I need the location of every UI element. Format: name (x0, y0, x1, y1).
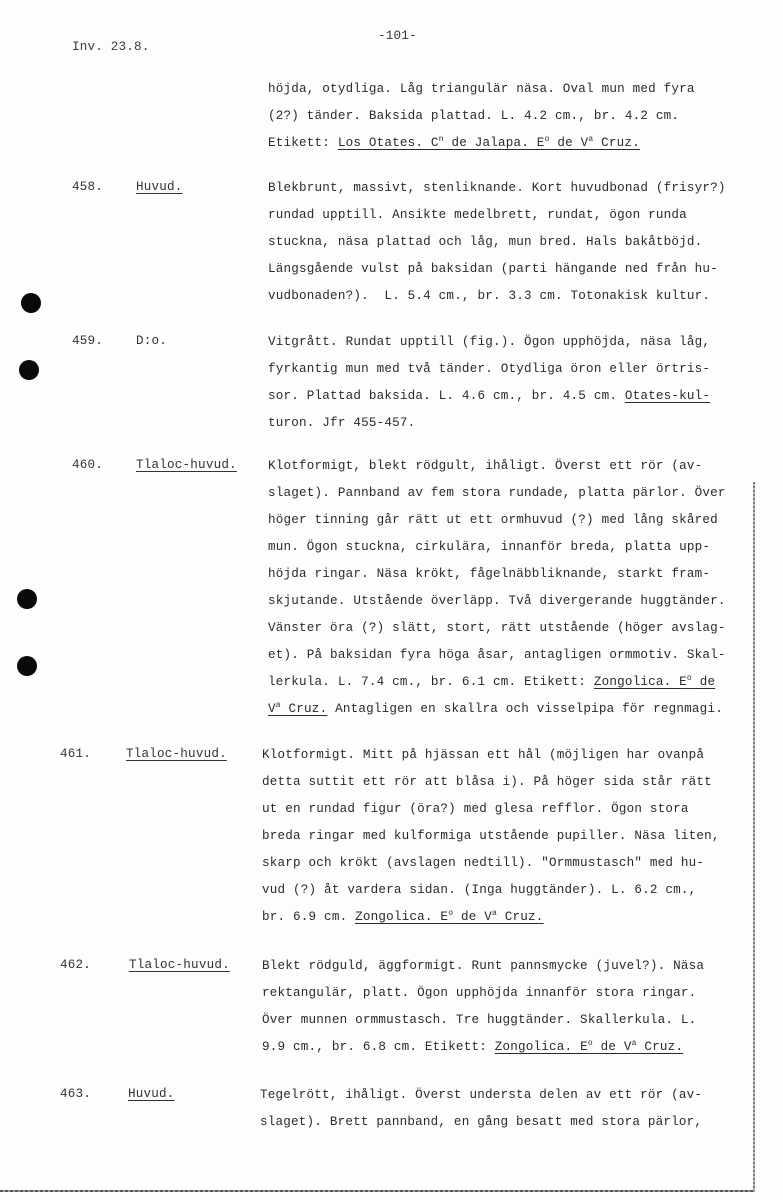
text-line: breda ringar med kulformiga utstående pu… (262, 828, 720, 844)
entry-title: Tlaloc-huvud. (126, 747, 227, 761)
entry-title: Tlaloc-huvud. (129, 958, 230, 972)
text-line: fyrkantig mun med två tänder. Otydliga ö… (268, 361, 710, 377)
text-line: höger tinning går rätt ut ett ormhuvud (… (268, 512, 718, 528)
text-line: turon. Jfr 455-457. (268, 415, 415, 431)
text-line: rundad upptill. Ansikte medelbrett, rund… (268, 207, 687, 223)
text-line: skjutande. Utstående överläpp. Två diver… (268, 593, 726, 609)
entry-number: 461. (60, 747, 91, 761)
text-line: Längsgående vulst på baksidan (parti hän… (268, 261, 718, 277)
text-line: et). På baksidan fyra höga åsar, antagli… (268, 647, 726, 663)
text-line: sor. Plattad baksida. L. 4.6 cm., br. 4.… (268, 388, 710, 404)
text-line: Etikett: Los Otates. Cn de Jalapa. Eo de… (268, 135, 640, 151)
entry-number: 460. (72, 458, 103, 472)
label-text: Zongolica. Eo de Va Cruz. (355, 910, 543, 924)
text-line: höjda, otydliga. Låg triangulär näsa. Ov… (268, 81, 695, 97)
text-line: Klotformigt. Mitt på hjässan ett hål (mö… (262, 747, 704, 763)
text-line: skarp och krökt (avslagen nedtill). "Orm… (262, 855, 704, 871)
text-line: br. 6.9 cm. Zongolica. Eo de Va Cruz. (262, 909, 544, 925)
entry-title: D:o. (136, 334, 167, 348)
label-text: Zongolica. Eo de (594, 675, 715, 689)
punch-hole-4 (17, 656, 37, 676)
text-line: Klotformigt, blekt rödgult, ihåligt. Öve… (268, 458, 702, 474)
text-line: vud (?) åt vardera sidan. (Inga huggtänd… (262, 882, 696, 898)
punch-hole-1 (21, 293, 41, 313)
page-number: -101- (378, 29, 417, 43)
text-line: mun. Ögon stuckna, cirkulära, innanför b… (268, 539, 710, 555)
text-line: slaget). Brett pannband, en gång besatt … (260, 1114, 702, 1130)
entry-number: 463. (60, 1087, 91, 1101)
label-text: Va Cruz. (268, 702, 327, 716)
page-right-edge (753, 482, 755, 1192)
punch-hole-3 (17, 589, 37, 609)
text-line: Över munnen ormmustasch. Tre huggtänder.… (262, 1012, 696, 1028)
entry-number: 462. (60, 958, 91, 972)
label-text: Zongolica. Eo de Va Cruz. (495, 1040, 683, 1054)
text-line: höjda ringar. Näsa krökt, fågelnäbblikna… (268, 566, 710, 582)
page-bottom-edge (0, 1190, 755, 1192)
text-line: Va Cruz. Antagligen en skallra och visse… (268, 701, 723, 717)
document-page: Inv. 23.8. -101- höjda, otydliga. Låg tr… (0, 0, 783, 1200)
text-line: lerkula. L. 7.4 cm., br. 6.1 cm. Etikett… (268, 674, 715, 690)
entry-number: 459. (72, 334, 103, 348)
inventory-label: Inv. 23.8. (72, 40, 150, 54)
text-line: vudbonaden?). L. 5.4 cm., br. 3.3 cm. To… (268, 288, 710, 304)
entry-number: 458. (72, 180, 103, 194)
text-line: Blekt rödguld, äggformigt. Runt pannsmyc… (262, 958, 704, 974)
text-line: Vitgrått. Rundat upptill (fig.). Ögon up… (268, 334, 710, 350)
text-line: Blekbrunt, massivt, stenliknande. Kort h… (268, 180, 726, 196)
text-line: 9.9 cm., br. 6.8 cm. Etikett: Zongolica.… (262, 1039, 683, 1055)
entry-title: Huvud. (136, 180, 183, 194)
punch-hole-2 (19, 360, 39, 380)
text-line: stuckna, näsa plattad och låg, mun bred.… (268, 234, 702, 250)
text-line: detta suttit ett rör att blåsa i). På hö… (262, 774, 712, 790)
text-line: Vänster öra (?) slätt, stort, rätt utstå… (268, 620, 726, 636)
text-line: (2?) tänder. Baksida plattad. L. 4.2 cm.… (268, 108, 679, 124)
label-text: Los Otates. Cn de Jalapa. Eo de Va Cruz. (338, 136, 640, 150)
entry-title: Huvud. (128, 1087, 175, 1101)
text-line: rektangulär, platt. Ögon upphöjda innanf… (262, 985, 696, 1001)
text-line: ut en rundad figur (öra?) med glesa reff… (262, 801, 689, 817)
entry-title: Tlaloc-huvud. (136, 458, 237, 472)
text-line: Tegelrött, ihåligt. Överst understa dele… (260, 1087, 702, 1103)
text-line: slaget). Pannband av fem stora rundade, … (268, 485, 726, 501)
